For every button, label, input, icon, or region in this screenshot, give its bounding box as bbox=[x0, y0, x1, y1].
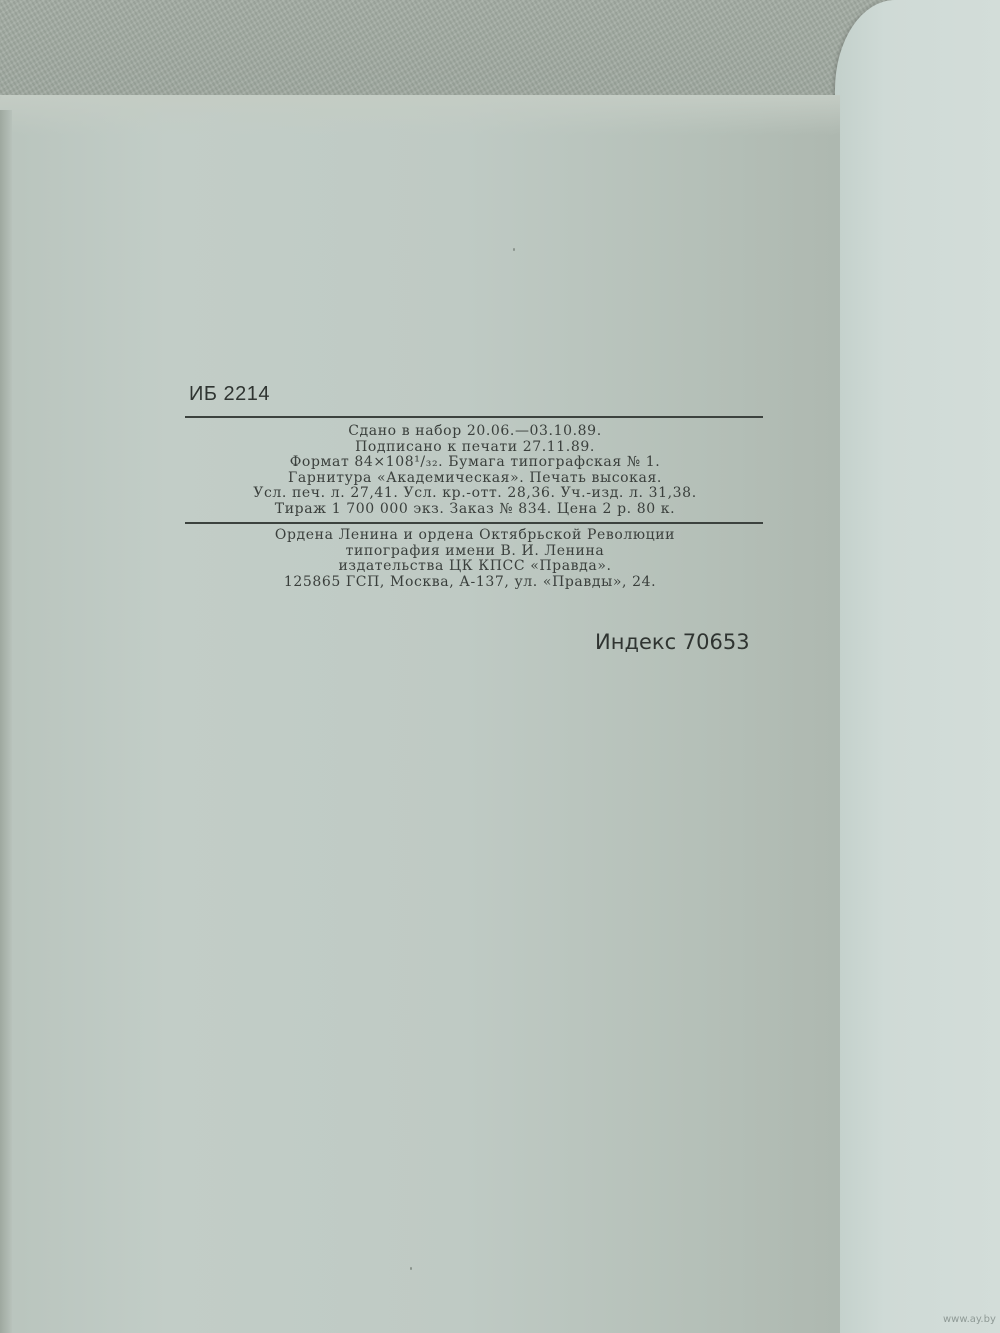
paper-speck bbox=[513, 248, 515, 251]
watermark: www.ay.by bbox=[943, 1314, 996, 1325]
printer-name-line: типография имени В. И. Ленина bbox=[185, 544, 765, 560]
address-line: 125865 ГСП, Москва, А-137, ул. «Правды»,… bbox=[185, 575, 765, 591]
printer-order-line: Ордена Ленина и ордена Октябрьской Револ… bbox=[185, 528, 765, 544]
typeface-line: Гарнитура «Академическая». Печать высока… bbox=[185, 471, 765, 487]
index-number: Индекс 70653 bbox=[595, 630, 750, 654]
publisher-line: издательства ЦК КПСС «Правда». bbox=[185, 559, 765, 575]
imprint-block: ИБ 2214 Сдано в набор 20.06.—03.10.89. П… bbox=[185, 383, 765, 590]
signed-line: Подписано к печати 27.11.89. bbox=[185, 440, 765, 456]
sheets-line: Усл. печ. л. 27,41. Усл. кр.-отт. 28,36.… bbox=[185, 486, 765, 502]
print-run-line: Тираж 1 700 000 экз. Заказ № 834. Цена 2… bbox=[185, 502, 765, 518]
format-line: Формат 84×108¹/₃₂. Бумага типографская №… bbox=[185, 455, 765, 471]
book-page bbox=[0, 95, 840, 1333]
page-edge bbox=[0, 110, 12, 1333]
facing-page bbox=[835, 0, 1000, 1333]
printer-details: Ордена Ленина и ордена Октябрьской Револ… bbox=[185, 524, 765, 590]
paper-speck bbox=[410, 1267, 412, 1270]
submitted-line: Сдано в набор 20.06.—03.10.89. bbox=[185, 424, 765, 440]
ib-number: ИБ 2214 bbox=[189, 383, 765, 406]
production-details: Сдано в набор 20.06.—03.10.89. Подписано… bbox=[185, 418, 765, 522]
